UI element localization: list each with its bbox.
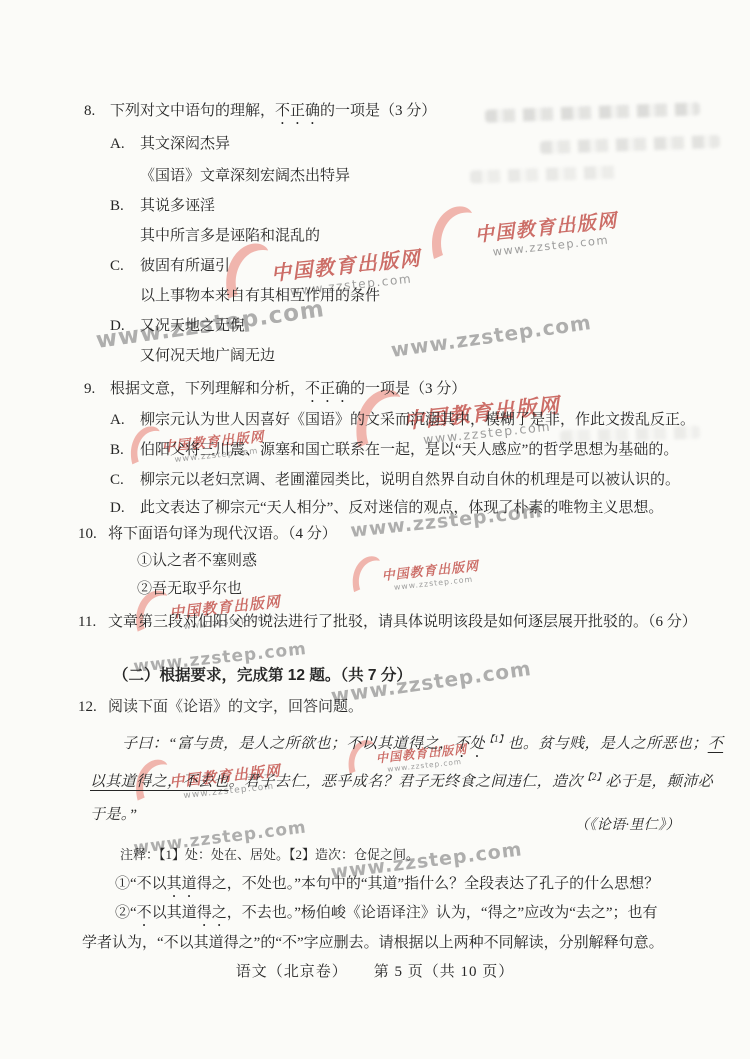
stem-text: 的一项是（3 分） — [350, 381, 466, 397]
bleed-through-smudge — [540, 135, 720, 154]
emphasized-text: 不处 — [454, 736, 485, 752]
sub-question-text: ②“ — [115, 905, 137, 921]
page-footer: 语文（北京卷）第 5 页（共 10 页） — [0, 962, 750, 982]
note-text: 注释：【1】处：处在、居处。【2】造次：仓促之间。 — [120, 847, 419, 862]
stem-text: 下列对文中语句的理解， — [110, 103, 275, 119]
section-heading-text: （二）根据要求，完成第 12 题。（共 7 分） — [113, 667, 412, 684]
option-c: C.彼固有所逼引 — [110, 256, 230, 276]
question-number: 9. — [84, 379, 110, 399]
publisher-watermark: 中国教育出版网www.zzstep.com — [428, 203, 619, 261]
stem-text: 根据文意，下列理解和分析， — [110, 381, 305, 397]
option-label: B. — [110, 196, 140, 216]
emphasized-text: 不正确 — [275, 103, 320, 119]
question-8-stem: 8.下列对文中语句的理解，不正确的一项是（3 分） — [84, 101, 436, 128]
footer-page-number: 第 5 页（共 10 页） — [374, 964, 515, 980]
question-12-sub-2-line-2: 学者认为，“不以其道得之”的“不”字应删去。请根据以上两种不同解读，分别解释句意… — [82, 933, 664, 953]
emphasized-text: 其道 — [167, 876, 197, 892]
quote-text: 也。贫与贱，是人之所恶也； — [507, 736, 707, 752]
sub-question-text: ①“不以 — [115, 876, 167, 892]
option-b: B.伯阳父将三川震、源塞和国亡联系在一起，是以“天人感应”的哲学思想为基础的。 — [110, 440, 678, 460]
option-a: A.其文深闳杰异 — [110, 134, 230, 154]
url-watermark: www.zzstep.com — [389, 310, 593, 362]
emphasized-text: 不 — [137, 905, 152, 921]
footer-subject: 语文（北京卷） — [236, 964, 348, 980]
question-12-stem: 12.阅读下面《论语》的文字，回答问题。 — [78, 697, 363, 717]
note-reference: 【2】 — [583, 772, 606, 782]
option-translation: 以上事物本来自有其相互作用的条件 — [140, 288, 380, 304]
option-c-translation: 以上事物本来自有其相互作用的条件 — [140, 286, 380, 306]
option-term: 彼固有所逼引 — [140, 258, 230, 274]
option-text: 柳宗元认为世人因喜好《国语》的文采而沉溺其中，模糊了是非，作此文拨乱反正。 — [140, 412, 695, 428]
sub-question-text: 以其道 — [152, 905, 197, 921]
sub-question-text: 学者认为，“不以其道得之”的“不”字应删去。请根据以上两种不同解读，分别解释句意… — [82, 935, 664, 951]
option-c: C.柳宗元以老妇烹调、老圃灌园类比，说明自然界自动自休的机理是可以被认识的。 — [110, 470, 680, 490]
publisher-watermark: 中国教育出版网www.zzstep.com — [350, 554, 480, 593]
exam-paper-page: 中国教育出版网www.zzstep.com 中国教育出版网www.zzstep.… — [0, 0, 750, 1059]
section-2-heading: （二）根据要求，完成第 12 题。（共 7 分） — [113, 666, 412, 686]
option-term: 又况天地之无倪 — [140, 318, 245, 334]
translate-sentence: ①认之者不塞则惑 — [137, 553, 257, 569]
question-number: 8. — [84, 101, 110, 121]
option-d: D.此文表达了柳宗元“天人相分”、反对迷信的观点，体现了朴素的唯物主义思想。 — [110, 498, 663, 518]
question-11-stem: 11.文章第三段对伯阳父的说法进行了批驳，请具体说明该段是如何逐层展开批驳的。（… — [78, 612, 697, 632]
question-number: 11. — [78, 612, 108, 632]
option-b-translation: 其中所言多是诬陷和混乱的 — [140, 226, 320, 246]
option-translation: 其中所言多是诬陷和混乱的 — [140, 228, 320, 244]
question-12-sub-2-line-1: ②“不以其道得之，不去也。”杨伯峻《论语译注》认为，“得之”应改为“去之”；也有 — [115, 903, 658, 930]
analects-quote-line-2: 以其道得之，不去也。君子去仁，恶乎成名？君子无终食之间违仁，造次【2】必于是，颠… — [90, 767, 713, 792]
option-term: 其文深闳杰异 — [140, 136, 230, 152]
quote-text: 子曰：“富与贵，是人之所欲也；不以其道得之， — [122, 736, 454, 752]
option-translation: 又何况天地广阔无边 — [140, 348, 275, 364]
question-12-sub-1: ①“不以其道得之，不处也。”本句中的“其道”指什么？全段表达了孔子的什么思想？ — [115, 874, 659, 901]
translate-sentence: ②吾无取乎尔也 — [137, 581, 242, 597]
option-b: B.其说多诬淫 — [110, 196, 215, 216]
option-translation: 《国语》文章深刻宏阔杰出特异 — [140, 168, 350, 184]
option-label: C. — [110, 256, 140, 276]
stem-text: 的一项是（3 分） — [320, 103, 436, 119]
option-text: 柳宗元以老妇烹调、老圃灌园类比，说明自然界自动自休的机理是可以被认识的。 — [140, 472, 680, 488]
stem-text: 阅读下面《论语》的文字，回答问题。 — [108, 699, 363, 715]
stem-text: 文章第三段对伯阳父的说法进行了批驳，请具体说明该段是如何逐层展开批驳的。（6 分… — [108, 614, 697, 630]
quote-notes: 注释：【1】处：处在、居处。【2】造次：仓促之间。 — [120, 845, 419, 865]
analects-quote-line-1: 子曰：“富与贵，是人之所欲也；不以其道得之，不处【1】也。贫与贱，是人之所恶也；… — [122, 729, 723, 761]
underlined-text: 以其道得之，不去也 — [90, 774, 229, 790]
quote-text: 必于是，颠沛必 — [605, 774, 713, 790]
underlined-text: 不 — [708, 736, 723, 752]
emphasized-text: 不正确 — [305, 381, 350, 397]
option-text: 伯阳父将三川震、源塞和国亡联系在一起，是以“天人感应”的哲学思想为基础的。 — [140, 442, 678, 458]
option-label: D. — [110, 498, 140, 518]
attribution-text: （《论语·里仁》） — [575, 818, 680, 833]
option-text: 此文表达了柳宗元“天人相分”、反对迷信的观点，体现了朴素的唯物主义思想。 — [140, 500, 663, 516]
option-a: A.柳宗元认为世人因喜好《国语》的文采而沉溺其中，模糊了是非，作此文拨乱反正。 — [110, 410, 695, 430]
sub-question-text: ，不去也。”杨伯峻《论语译注》认为，“得之”应改为“去之”；也有 — [227, 905, 658, 921]
bleed-through-smudge — [485, 102, 700, 122]
question-number: 10. — [78, 524, 108, 544]
bleed-through-smudge — [470, 165, 620, 183]
option-d-translation: 又何况天地广阔无边 — [140, 346, 275, 366]
note-reference: 【1】 — [485, 734, 508, 744]
sub-question-text: 得之，不处也。”本句中的“其道”指什么？全段表达了孔子的什么思想？ — [197, 876, 659, 892]
question-10-item-2: ②吾无取乎尔也 — [137, 579, 242, 599]
option-label: D. — [110, 316, 140, 336]
option-label: A. — [110, 410, 140, 430]
question-10-item-1: ①认之者不塞则惑 — [137, 551, 257, 571]
option-label: B. — [110, 440, 140, 460]
quote-attribution: （《论语·里仁》） — [0, 816, 750, 836]
stem-text: 将下面语句译为现代汉语。（4 分） — [108, 526, 337, 542]
option-term: 其说多诬淫 — [140, 198, 215, 214]
option-label: C. — [110, 470, 140, 490]
option-d: D.又况天地之无倪 — [110, 316, 245, 336]
question-10-stem: 10.将下面语句译为现代汉语。（4 分） — [78, 524, 337, 544]
quote-text: 。君子去仁，恶乎成名？君子无终食之间违仁，造次 — [229, 774, 583, 790]
watermark-swoosh-icon — [428, 203, 472, 261]
question-number: 12. — [78, 697, 108, 717]
option-label: A. — [110, 134, 140, 154]
option-a-translation: 《国语》文章深刻宏阔杰出特异 — [140, 166, 350, 186]
question-9-stem: 9.根据文意，下列理解和分析，不正确的一项是（3 分） — [84, 379, 466, 406]
emphasized-text: 得之 — [197, 905, 227, 921]
watermark-swoosh-icon — [350, 554, 380, 593]
